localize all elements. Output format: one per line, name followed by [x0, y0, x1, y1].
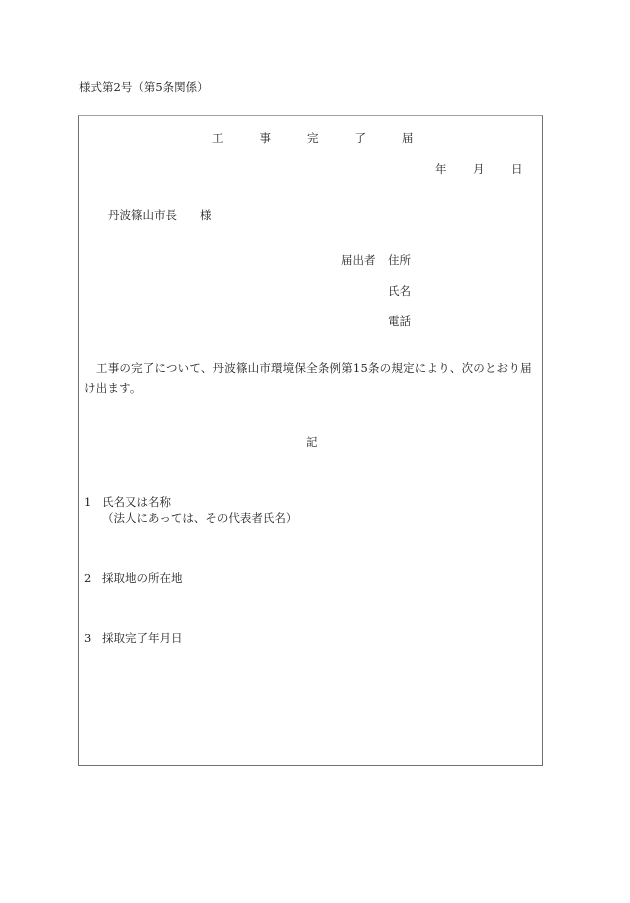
addressee: 丹波篠山市長様 — [108, 210, 212, 222]
item-number: 2 — [84, 573, 102, 585]
addressee-honorific: 様 — [200, 208, 212, 222]
item-name: 1氏名又は名称 — [84, 497, 171, 509]
date-line: 年月日 — [435, 164, 523, 176]
title-char: 届 — [402, 133, 450, 145]
item-number: 1 — [84, 497, 102, 509]
title-char: 事 — [260, 133, 308, 145]
date-month: 月 — [473, 164, 511, 176]
date-day: 日 — [511, 164, 523, 176]
date-year: 年 — [435, 164, 473, 176]
applicant-address-label: 住所 — [388, 255, 411, 267]
item-location: 2採取地の所在地 — [84, 573, 183, 585]
title-char: 工 — [212, 133, 260, 145]
title-char: 完 — [307, 133, 355, 145]
item-label: 採取地の所在地 — [102, 571, 183, 585]
addressee-name: 丹波篠山市長 — [108, 208, 177, 222]
title-char: 了 — [355, 133, 403, 145]
form-number: 様式第2号（第5条関係） — [79, 82, 209, 94]
applicant-label: 届出者 — [341, 255, 376, 267]
item-completion-date: 3採取完了年月日 — [84, 633, 183, 645]
applicant-name-label: 氏名 — [388, 286, 411, 298]
item-label: 採取完了年月日 — [102, 631, 183, 645]
applicant-phone-label: 電話 — [388, 316, 411, 328]
item-name-note: （法人にあっては、その代表者氏名） — [102, 513, 297, 525]
item-number: 3 — [84, 633, 102, 645]
ki-heading: 記 — [306, 437, 318, 449]
item-label: 氏名又は名称 — [102, 495, 171, 509]
document-title: 工事完了届 — [212, 133, 450, 145]
body-paragraph: 工事の完了について、丹波篠山市環境保全条例第15条の規定により、次のとおり届け出… — [84, 358, 542, 398]
